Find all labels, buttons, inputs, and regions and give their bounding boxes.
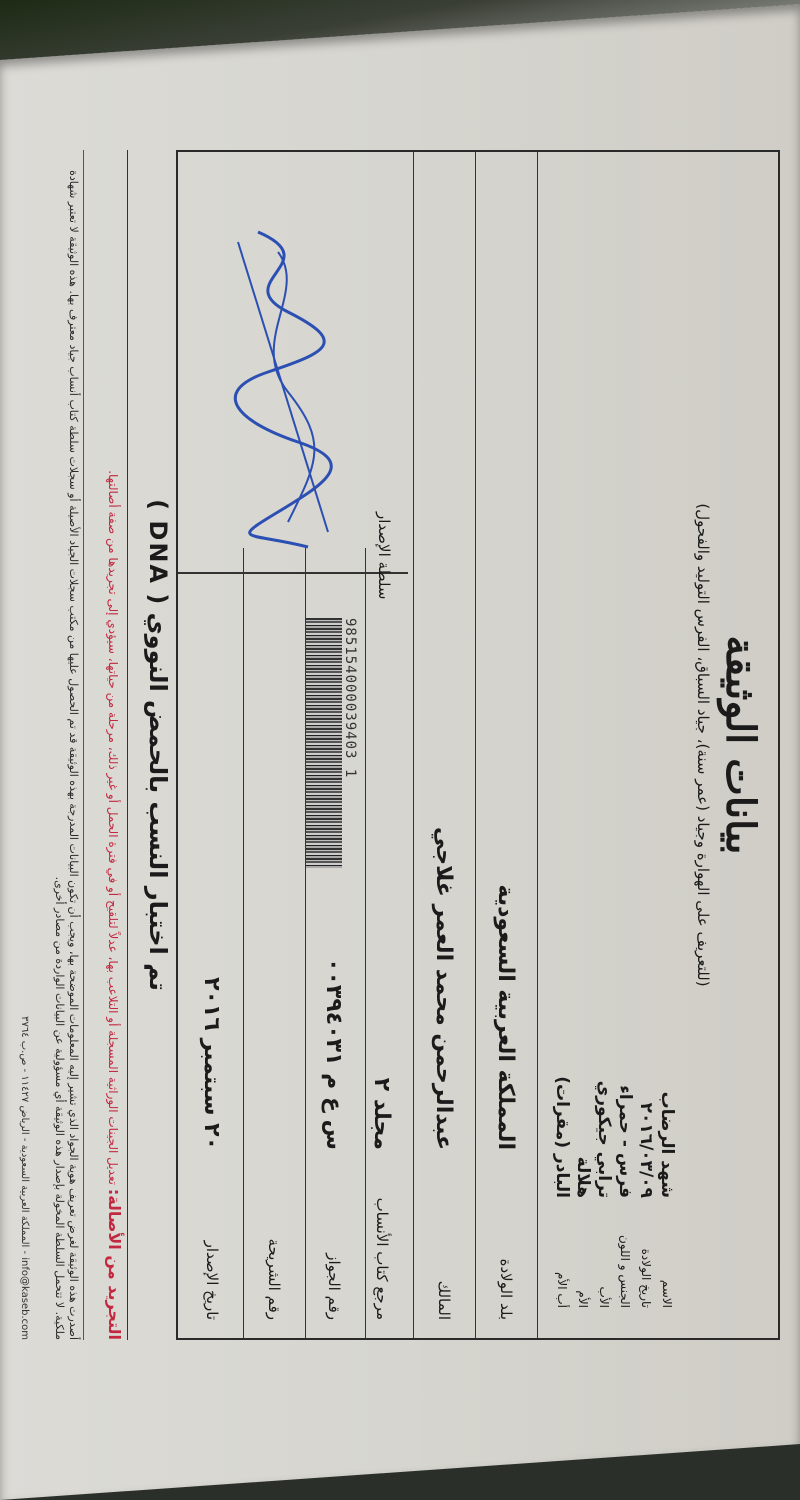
divider	[127, 150, 128, 1340]
animal-label: الأم	[577, 1198, 591, 1308]
animal-label: الجنس و اللون	[619, 1198, 633, 1308]
authenticity-notice: التجريد من الأصالة: تعديل الجينات الوراث…	[82, 150, 122, 1340]
animal-value: البادر (مقرات)	[553, 608, 573, 1198]
document: بيانات الوثيقة (للتعريف على الهوارة وجيا…	[40, 90, 800, 1470]
animal-details: الاسم شهد الرضاب تاريخ الولادة ٢٠١٦/٠٣/٠…	[548, 608, 678, 1308]
animal-label: الاسم	[661, 1198, 675, 1308]
field-row-birth-country: بلد الولادة المملكة العربية السعودية	[478, 152, 534, 1338]
notice-heading: التجريد من الأصالة:	[105, 1189, 124, 1340]
signature	[218, 222, 348, 552]
divider	[475, 152, 476, 1338]
animal-value: شهد الرضاب	[658, 608, 678, 1198]
animal-value: فرس - حمراء	[616, 608, 636, 1198]
divider	[537, 152, 538, 1338]
footer-contact: info@kaseb.com - المملكة العربية السعودي…	[19, 150, 30, 1340]
animal-row: أب الأم البادر (مقرات)	[552, 608, 573, 1308]
barcode-number: 985154000039403 1	[342, 618, 358, 868]
divider	[365, 548, 366, 1338]
barcode-bars	[306, 618, 342, 868]
document-title: بيانات الوثيقة	[717, 152, 764, 1338]
animal-row: الأب ترابي جيكوري	[594, 608, 615, 1308]
animal-value: هلالة	[574, 608, 594, 1198]
animal-value: ترابي جيكوري	[595, 608, 615, 1198]
field-label: المالك	[435, 1150, 453, 1338]
field-row-microchip: رقم الشريحة	[246, 548, 302, 1338]
animal-row: الاسم شهد الرضاب	[657, 608, 678, 1308]
field-label: رقم الجواز	[325, 1150, 343, 1338]
field-row-issue-date: تاريخ الإصدار ٢٠ سبتمبر ٢٠١٦	[184, 548, 240, 1338]
divider	[83, 150, 84, 1340]
microchip-barcode: 985154000039403 1	[302, 618, 358, 868]
field-label: تاريخ الإصدار	[203, 1150, 221, 1338]
issuing-authority-label: سلطة الإصدار	[375, 512, 393, 599]
divider	[305, 548, 306, 1338]
field-label: مرجع كتاب الأنساب	[373, 1150, 391, 1338]
field-value: س ع م ٠٠٣٩٤٠٣١	[322, 958, 347, 1150]
dna-statement: تم اختبار النسب بالحمض النووي ( DNA )	[132, 150, 172, 1340]
animal-label: أب الأم	[556, 1198, 570, 1308]
animal-row: تاريخ الولادة ٢٠١٦/٠٣/٠٩	[636, 608, 657, 1308]
field-label: بلد الولادة	[497, 1150, 515, 1338]
animal-label: تاريخ الولادة	[640, 1198, 654, 1308]
field-value: عبدالرحمن محمد العمر غلاجي	[432, 827, 457, 1150]
divider	[243, 548, 244, 1338]
animal-row: الأم هلالة	[573, 608, 594, 1308]
document-subtitle: (للتعريف على الهوارة وجياد (عمر سنة)، جي…	[694, 152, 712, 1338]
field-value: ٢٠ سبتمبر ٢٠١٦	[200, 977, 225, 1150]
document-frame: بيانات الوثيقة (للتعريف على الهوارة وجيا…	[176, 150, 780, 1340]
field-value: المملكة العربية السعودية	[494, 884, 519, 1150]
animal-row: الجنس و اللون فرس - حمراء	[615, 608, 636, 1308]
legal-text: أصدرت هذه الوثيقة لغرض تعريف هوية الجواد…	[52, 150, 80, 1340]
animal-value: ٢٠١٦/٠٣/٠٩	[637, 608, 657, 1198]
field-row-studbook: مرجع كتاب الأنساب مجلد ٢	[354, 718, 410, 1338]
animal-label: الأب	[598, 1198, 612, 1308]
field-label: رقم الشريحة	[265, 1150, 283, 1338]
divider	[413, 152, 414, 1338]
notice-text: تعديل الجينات الوراثية المسجلة أو التلاع…	[106, 470, 120, 1185]
field-row-owner: المالك عبدالرحمن محمد العمر غلاجي	[416, 152, 472, 1338]
field-value: مجلد ٢	[370, 1078, 395, 1150]
